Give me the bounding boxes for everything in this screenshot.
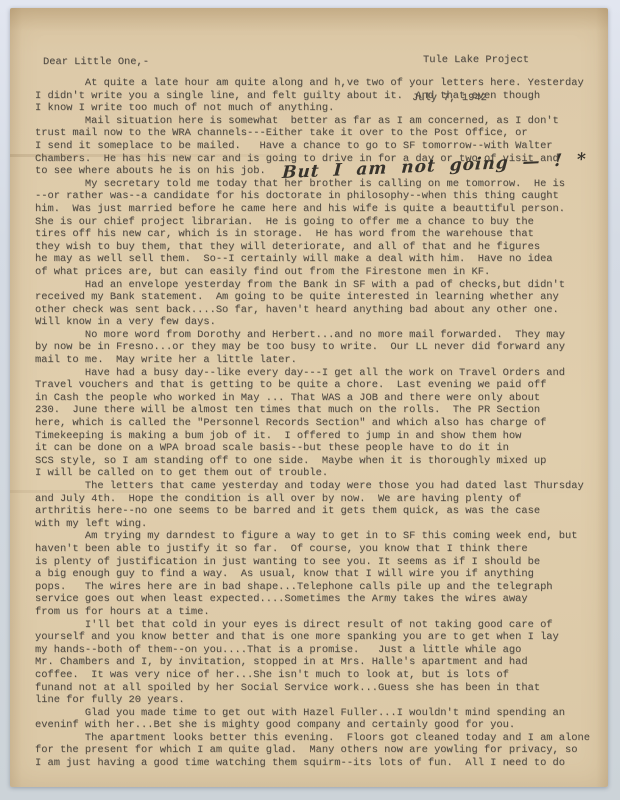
scanned-letter-background: Tule Lake Project July 7, 1942 Dear Litt… — [0, 0, 620, 800]
paper-speck — [508, 760, 512, 765]
letter-paper: Tule Lake Project July 7, 1942 Dear Litt… — [10, 8, 608, 787]
letterhead-org: Tule Lake Project — [423, 54, 529, 67]
salutation: Dear Little One,- — [43, 56, 149, 68]
